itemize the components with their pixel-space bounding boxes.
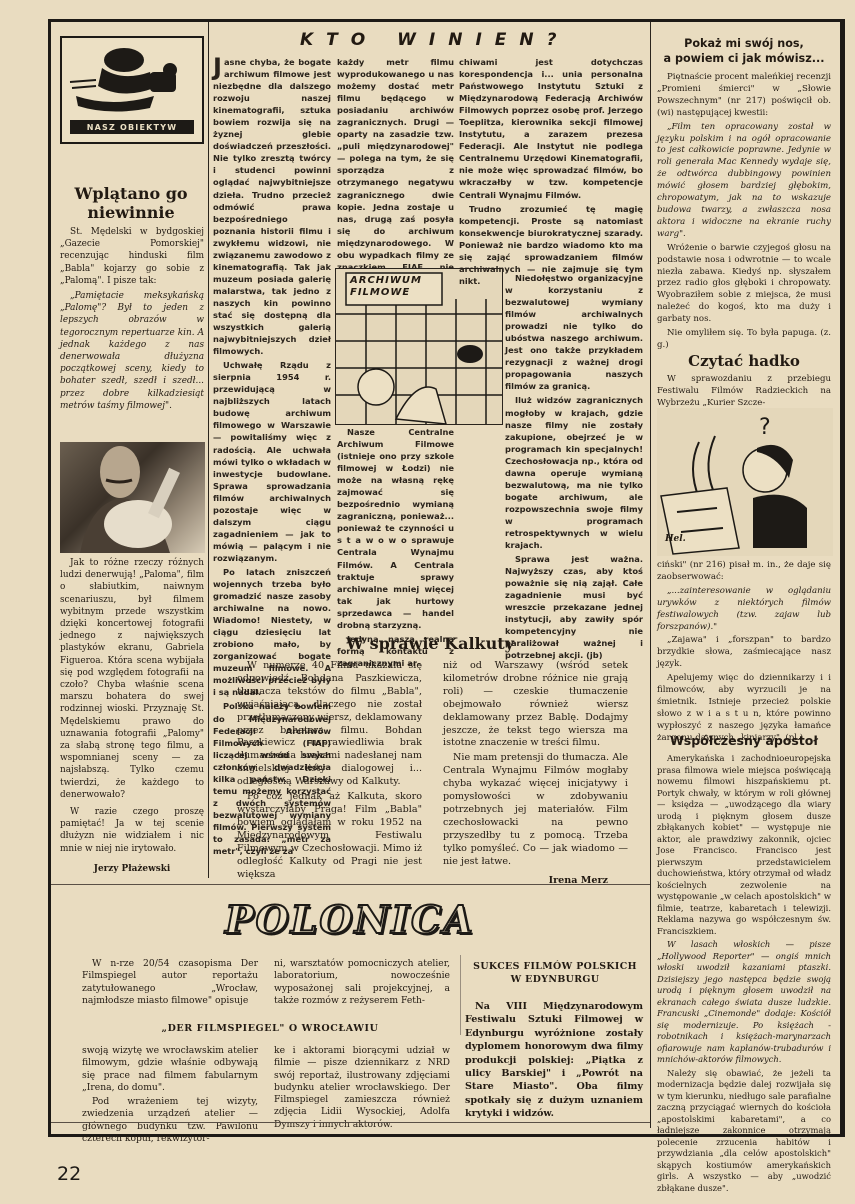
article-title-kalkuty: W sprawie Kalkuty [212, 634, 648, 653]
article-title-apostol: Współczesny apostoł [655, 733, 833, 748]
cartoon-sign-text: ARCHIWUM FILMOWE [350, 275, 440, 299]
paragraph: W razie czego proszę pamiętać! Ja w tej … [60, 806, 204, 855]
paragraph: W lasach włoskich — pisze „Hollywood Rep… [657, 939, 831, 1066]
kalkuty-column-2: niż od Warszawy (wśród setek kilometrów … [443, 660, 628, 887]
article-nos-body: Piętnaście procent maleńkiej recenzji „P… [657, 72, 831, 352]
title-line: a powiem ci jak mówisz... [655, 51, 833, 66]
paragraph: Jak to różne rzeczy różnych ludzi denerw… [60, 557, 204, 801]
paragraph: Na VIII Międzynarodowym Festiwalu Sztuki… [465, 1000, 643, 1121]
paragraph: Po cóż jednak aż Kalkuta, skoro wystarcz… [237, 791, 422, 881]
quote-paragraph: „...zainteresowanie w oglądaniu urywków … [657, 586, 831, 634]
quote-paragraph: „Film ten opracowany został w języku pol… [657, 122, 831, 241]
kto-column-2-bottom: Nasze Centralne Archiwum Filmowe (istnie… [337, 426, 454, 669]
polonica-wroclaw-lead-1: W n-rze 20/54 czasopisma Der Filmspiegel… [82, 958, 258, 1007]
author-byline: Jerzy Płażewski [60, 863, 204, 875]
article-wplatano-intro: St. Mędelski w bydgoskiej „Gazecie Pomor… [60, 226, 204, 412]
article-title-nos: Pokaż mi swój nos, a powiem ci jak mówis… [655, 36, 833, 66]
polonica-wroclaw-heading: „DER FILMSPIEGEL" O WROCŁAWIU [80, 1023, 460, 1034]
cartoonist-signature: Hel. [665, 534, 686, 544]
paragraph: Pod wrażeniem tej wizyty, zwiedzenia urz… [82, 1096, 258, 1145]
paragraph: Należy się obawiać, że jeżeli ta moderni… [657, 1068, 831, 1195]
section-rule [51, 884, 650, 885]
paragraph: Wróżenie o barwie czyjegoś głosu na pods… [657, 243, 831, 326]
polonica-wroclaw-col-2: ke i aktorami biorącymi udział w filmie … [274, 1045, 450, 1131]
article-title-wplatano: Wplątano go niewinnie [60, 184, 202, 222]
paragraph: swoją wizytę we wrocławskim atelier film… [82, 1045, 258, 1094]
svg-text:?: ? [759, 415, 771, 440]
article-apostol-body: Amerykańska i zachodnioeuropejska prasa … [657, 753, 831, 1194]
paragraph: niż od Warszawy (wśród setek kilometrów … [443, 660, 628, 750]
paragraph: Nie omyliłem się. To była papuga. (z. g.… [657, 328, 831, 352]
guitarist-photo-icon [60, 442, 205, 553]
heading-line: SUKCES FILMÓW POLSKICH [465, 960, 645, 973]
paragraph: ciński" (nr 216) pisał m. in., że daje s… [657, 560, 831, 584]
paragraph: chiwami jest dotychczas korespondencja i… [459, 56, 643, 201]
paragraph: W n-rze 20/54 czasopisma Der Filmspiegel… [82, 958, 258, 1007]
article-czytac-lead: W sprawozdaniu z przebiegu Festiwalu Fil… [657, 374, 831, 410]
column-rule [208, 22, 209, 878]
polonica-wroclaw-col-1: swoją wizytę we wrocławskim atelier film… [82, 1045, 258, 1145]
page-number: 22 [57, 1163, 81, 1185]
paragraph: Niedołęstwo organizacyjne w korzystaniu … [505, 272, 643, 392]
nasz-obiektyw-logo: NASZ OBIEKTYW [60, 36, 204, 144]
article-title-czytac: Czytać hadko [655, 352, 833, 370]
paragraph: Amerykańska i zachodnioeuropejska prasa … [657, 753, 831, 937]
paragraph: Iluż widzów zagranicznych mogłoby w kraj… [505, 394, 643, 551]
polonica-edynburg-heading: SUKCES FILMÓW POLSKICH W EDYNBURGU [465, 960, 645, 986]
paragraph: ke i aktorami biorącymi udział w filmie … [274, 1045, 450, 1131]
kto-column-3-bottom: Niedołęstwo organizacyjne w korzystaniu … [505, 272, 643, 662]
paragraph: „Zajawa" i „forszpan" to bardzo brzydkie… [657, 635, 831, 671]
paragraph: Uchwałę Rządu z sierpnia 1954 r. przewid… [213, 359, 331, 564]
column-rule [460, 955, 461, 1035]
polonica-edynburg-body: Na VIII Międzynarodowym Festiwalu Sztuki… [465, 1000, 643, 1121]
title-line: Pokaż mi swój nos, [655, 36, 833, 51]
paragraph: W numerze 40 Filmu ukazała się odpowiedź… [237, 660, 422, 789]
paloma-still-photo [60, 442, 205, 553]
drop-cap: J [213, 56, 222, 78]
cameraman-illustration-icon [62, 38, 198, 118]
paragraph: Nasze Centralne Archiwum Filmowe (istnie… [337, 426, 454, 631]
paragraph: Piętnaście procent maleńkiej recenzji „P… [657, 72, 831, 120]
author-byline: Irena Merz [443, 875, 608, 888]
paragraph: St. Mędelski w bydgoskiej „Gazecie Pomor… [60, 226, 204, 287]
archiwum-cartoon: ARCHIWUM FILMOWE [335, 268, 503, 425]
section-rule [51, 1122, 650, 1123]
article-wplatano-body: Jak to różne rzeczy różnych ludzi denerw… [60, 557, 204, 875]
logo-label: NASZ OBIEKTYW [70, 120, 194, 134]
paragraph: Nie mam pretensji do tłumacza. Ale Centr… [443, 752, 628, 868]
kto-column-3-top: chiwami jest dotychczas korespondencja i… [459, 56, 643, 287]
article-czytac-body: ciński" (nr 216) pisał m. in., że daje s… [657, 560, 831, 745]
paragraph: asne chyba, że bogate archiwum filmowe j… [213, 57, 331, 356]
paragraph: W sprawozdaniu z przebiegu Festiwalu Fil… [657, 374, 831, 410]
polonica-section-title: POLONICA [225, 897, 475, 942]
reader-cartoon: ? Hel. [657, 408, 833, 556]
paragraph: ni, warsztatów pomocniczych atelier, lab… [274, 958, 450, 1007]
article-title-kto-winien: KTO WINIEN? [300, 30, 569, 50]
column-rule [650, 22, 651, 1128]
polonica-wroclaw-lead-2: ni, warsztatów pomocniczych atelier, lab… [274, 958, 450, 1007]
kalkuty-column-1: W numerze 40 Filmu ukazała się odpowiedź… [237, 660, 422, 881]
heading-line: W EDYNBURGU [465, 973, 645, 986]
paragraph: każdy metr filmu wyprodukowanego u nas m… [337, 56, 454, 297]
quote-paragraph: „Pamiętacie meksykańską „Palomę"? Był to… [60, 290, 204, 412]
